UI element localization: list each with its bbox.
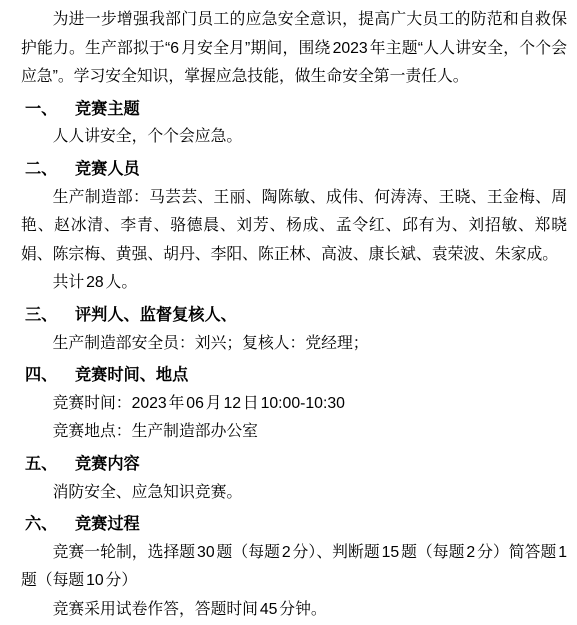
section-4-title: 竞赛时间、地点 xyxy=(75,361,567,390)
intro-paragraph: 为进一步增强我部门员工的应急安全意识，提高广大员工的防范和自救保护能力。生产部拟… xyxy=(21,6,567,92)
section-1-heading: 一、 竞赛主题 xyxy=(21,95,567,124)
section-2-number: 二、 xyxy=(21,155,75,184)
section-6-number: 六、 xyxy=(21,510,75,539)
document-page: 为进一步增强我部门员工的应急安全意识，提高广大员工的防范和自救保护能力。生产部拟… xyxy=(0,0,577,625)
section-3-number: 三、 xyxy=(21,301,75,330)
section-2-heading: 二、 竞赛人员 xyxy=(21,155,567,184)
section-competition-content: 五、 竞赛内容 消防安全、应急知识竞赛。 xyxy=(21,450,567,507)
section-time-location: 四、 竞赛时间、地点 竞赛时间：2023 年 06 月 12 日 10:00-1… xyxy=(21,361,567,447)
section-5-heading: 五、 竞赛内容 xyxy=(21,450,567,479)
section-3-heading: 三、 评判人、监督复核人、 xyxy=(21,301,567,330)
section-1-title: 竞赛主题 xyxy=(75,95,567,124)
section-4-heading: 四、 竞赛时间、地点 xyxy=(21,361,567,390)
section-5-paragraph: 消防安全、应急知识竞赛。 xyxy=(21,479,567,508)
section-5-title: 竞赛内容 xyxy=(75,450,567,479)
section-3-title: 评判人、监督复核人、 xyxy=(75,301,567,330)
section-6-paragraph-format: 竞赛一轮制，选择题 30 题（每题 2 分）、判断题 15 题（每题 2 分）简… xyxy=(21,539,567,596)
section-2-paragraph-names: 生产制造部：马芸芸、王丽、陶陈敏、成伟、何涛涛、王晓、王金梅、周艳、赵冰清、李青… xyxy=(21,184,567,270)
section-1-paragraph: 人人讲安全，个个会应急。 xyxy=(21,123,567,152)
section-competition-theme: 一、 竞赛主题 人人讲安全，个个会应急。 xyxy=(21,95,567,152)
section-6-heading: 六、 竞赛过程 xyxy=(21,510,567,539)
section-4-number: 四、 xyxy=(21,361,75,390)
section-6-title: 竞赛过程 xyxy=(75,510,567,539)
section-4-paragraph-location: 竞赛地点：生产制造部办公室 xyxy=(21,418,567,447)
section-judges-reviewers: 三、 评判人、监督复核人、 生产制造部安全员：刘兴；复核人：党经理； xyxy=(21,301,567,358)
section-6-paragraph-answering: 竞赛采用试卷作答，答题时间 45 分钟。 xyxy=(21,596,567,625)
section-competition-process: 六、 竞赛过程 竞赛一轮制，选择题 30 题（每题 2 分）、判断题 15 题（… xyxy=(21,510,567,624)
section-2-paragraph-total: 共计 28 人。 xyxy=(21,269,567,298)
section-1-number: 一、 xyxy=(21,95,75,124)
section-3-paragraph: 生产制造部安全员：刘兴；复核人：党经理； xyxy=(21,330,567,359)
section-competition-participants: 二、 竞赛人员 生产制造部：马芸芸、王丽、陶陈敏、成伟、何涛涛、王晓、王金梅、周… xyxy=(21,155,567,298)
section-2-title: 竞赛人员 xyxy=(75,155,567,184)
section-4-paragraph-time: 竞赛时间：2023 年 06 月 12 日 10:00-10:30 xyxy=(21,390,567,419)
section-5-number: 五、 xyxy=(21,450,75,479)
